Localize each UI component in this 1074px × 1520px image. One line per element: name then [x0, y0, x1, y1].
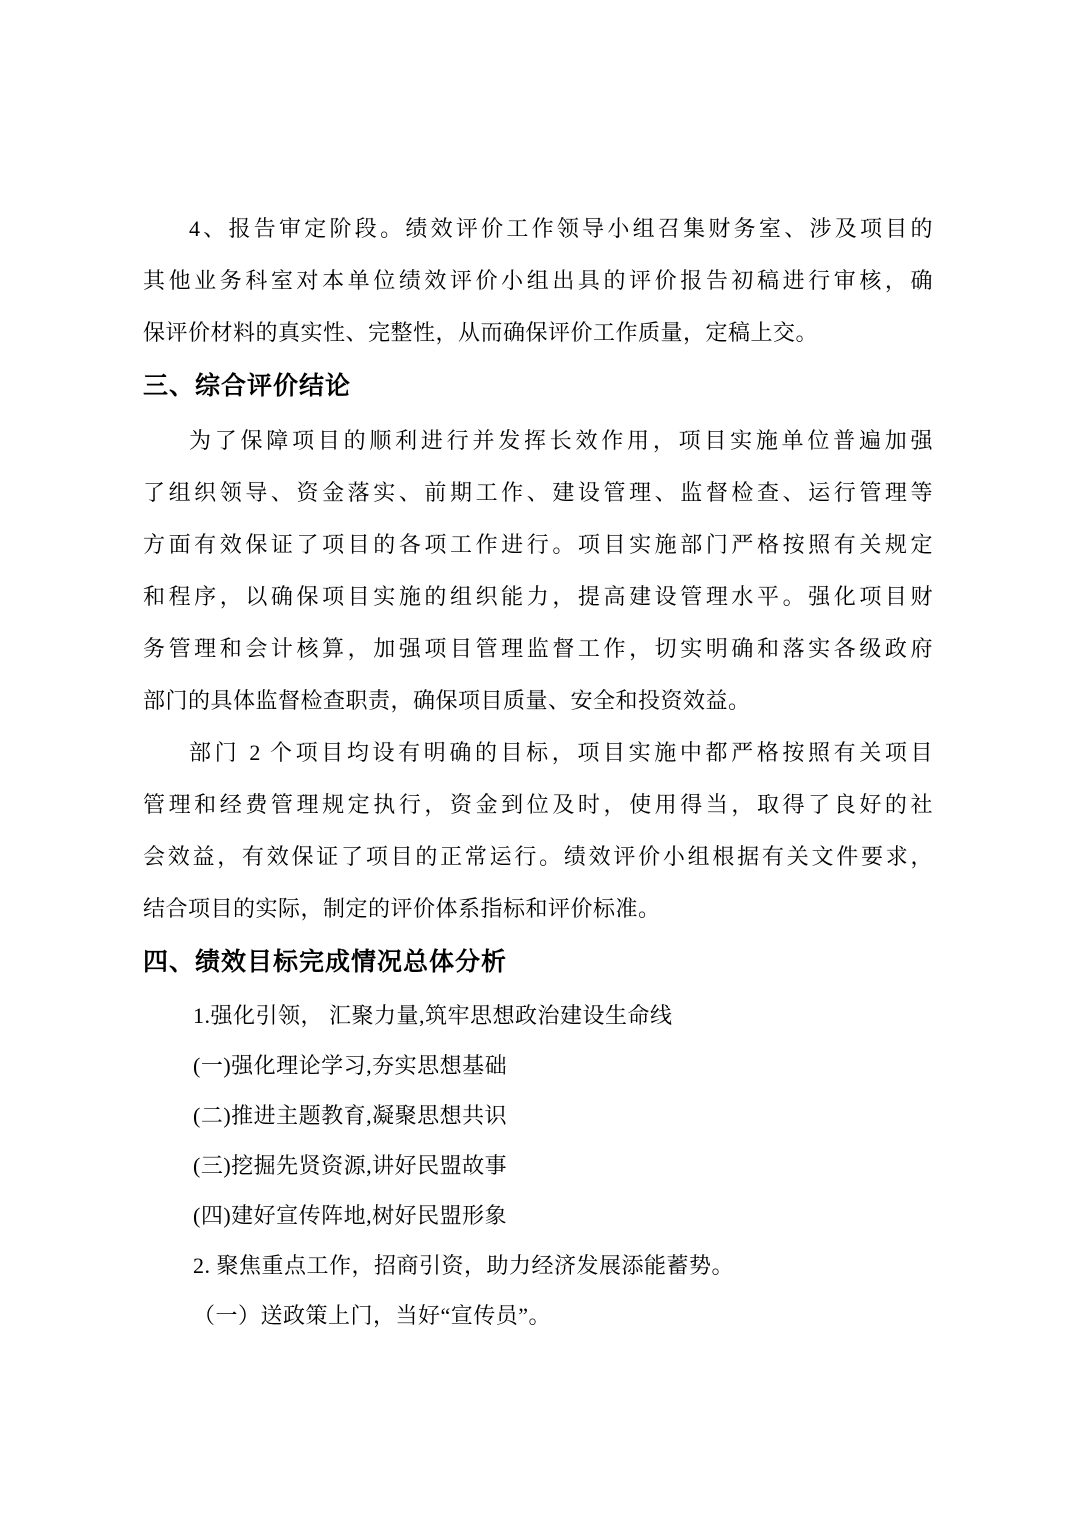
- paragraph: 4、报告审定阶段。绩效评价工作领导小组召集财务室、涉及项目的其他业务科室对本单位…: [143, 203, 933, 359]
- list-item: 1.强化引领， 汇聚力量,筑牢思想政治建设生命线: [143, 991, 933, 1041]
- paragraph-line: 部门的具体监督检查职责，确保项目质量、安全和投资效益。: [143, 675, 933, 727]
- paragraph-line: 其他业务科室对本单位绩效评价小组出具的评价报告初稿进行审核，确: [143, 255, 933, 307]
- list-item: (一)强化理论学习,夯实思想基础: [143, 1041, 933, 1091]
- list-item: (二)推进主题教育,凝聚思想共识: [143, 1091, 933, 1141]
- list-item: （一）送政策上门，当好“宣传员”。: [143, 1291, 933, 1341]
- document-content: 4、报告审定阶段。绩效评价工作领导小组召集财务室、涉及项目的其他业务科室对本单位…: [143, 203, 933, 1341]
- list-item: (三)挖掘先贤资源,讲好民盟故事: [143, 1141, 933, 1191]
- paragraph-line: 务管理和会计核算，加强项目管理监督工作，切实明确和落实各级政府: [143, 623, 933, 675]
- paragraph-line: 结合项目的实际，制定的评价体系指标和评价标准。: [143, 883, 933, 935]
- paragraph-line: 了组织领导、资金落实、前期工作、建设管理、监督检查、运行管理等: [143, 467, 933, 519]
- paragraph: 部门 2 个项目均设有明确的目标，项目实施中都严格按照有关项目管理和经费管理规定…: [143, 727, 933, 935]
- paragraph-line: 和程序，以确保项目实施的组织能力，提高建设管理水平。强化项目财: [143, 571, 933, 623]
- paragraph-line: 为了保障项目的顺利进行并发挥长效作用，项目实施单位普遍加强: [143, 415, 933, 467]
- list-item: (四)建好宣传阵地,树好民盟形象: [143, 1191, 933, 1241]
- paragraph-line: 保评价材料的真实性、完整性，从而确保评价工作质量，定稿上交。: [143, 307, 933, 359]
- paragraph-line: 部门 2 个项目均设有明确的目标，项目实施中都严格按照有关项目: [143, 727, 933, 779]
- paragraph-line: 4、报告审定阶段。绩效评价工作领导小组召集财务室、涉及项目的: [143, 203, 933, 255]
- section-heading: 三、综合评价结论: [143, 359, 933, 415]
- document-page: 4、报告审定阶段。绩效评价工作领导小组召集财务室、涉及项目的其他业务科室对本单位…: [0, 0, 1074, 1520]
- section-heading: 四、绩效目标完成情况总体分析: [143, 935, 933, 991]
- paragraph-line: 管理和经费管理规定执行，资金到位及时，使用得当，取得了良好的社: [143, 779, 933, 831]
- paragraph: 为了保障项目的顺利进行并发挥长效作用，项目实施单位普遍加强了组织领导、资金落实、…: [143, 415, 933, 727]
- list-item: 2. 聚焦重点工作，招商引资，助力经济发展添能蓄势。: [143, 1241, 933, 1291]
- paragraph-line: 会效益，有效保证了项目的正常运行。绩效评价小组根据有关文件要求，: [143, 831, 933, 883]
- paragraph-line: 方面有效保证了项目的各项工作进行。项目实施部门严格按照有关规定: [143, 519, 933, 571]
